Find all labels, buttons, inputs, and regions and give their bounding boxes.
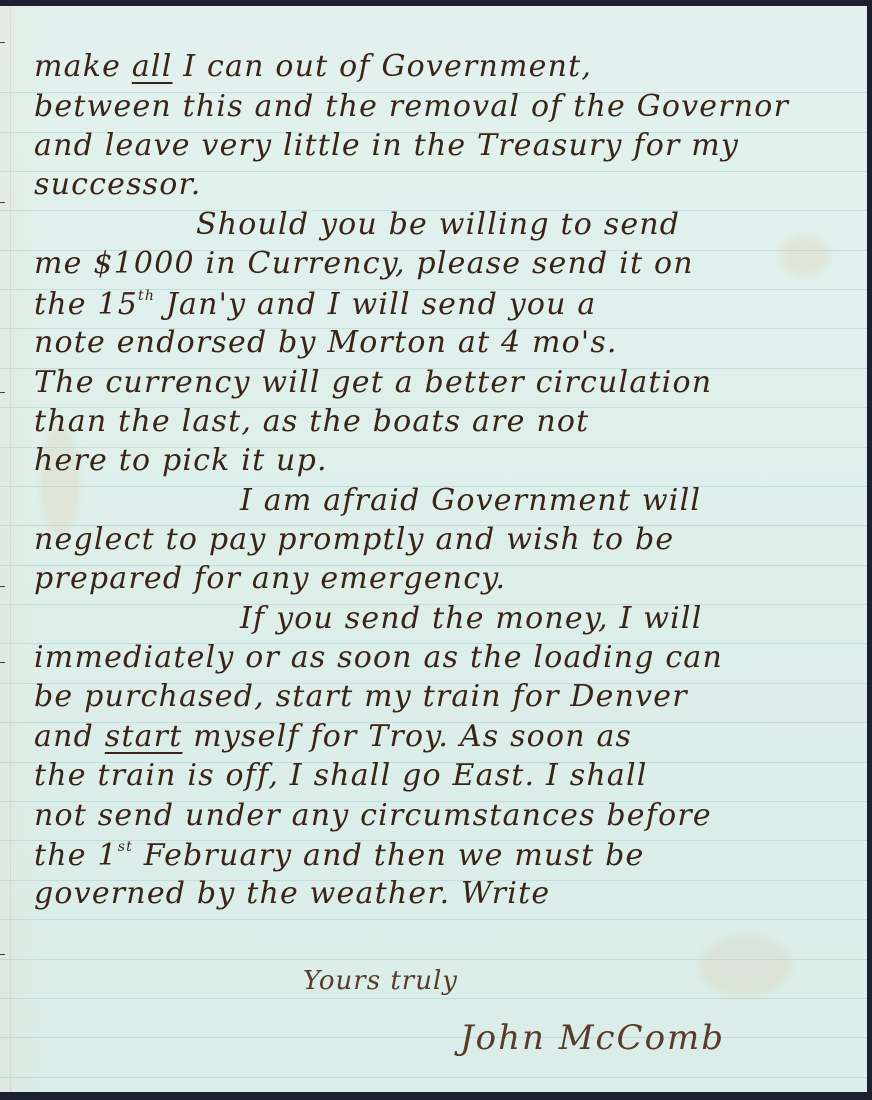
- letter-page: make all I can out of Government, betwee…: [0, 6, 867, 1092]
- margin-tick: [0, 586, 5, 587]
- signature: John McComb: [460, 1018, 725, 1058]
- margin-tick: [0, 662, 5, 663]
- letter-line: and leave very little in the Treasury fo…: [34, 131, 739, 161]
- letter-line: immediately or as soon as the loading ca…: [34, 643, 723, 673]
- paper-stain: [780, 236, 830, 276]
- closing-salutation: Yours truly: [303, 966, 458, 996]
- letter-line: prepared for any emergency.: [34, 564, 506, 594]
- margin-tick: [0, 954, 5, 955]
- letter-line: between this and the removal of the Gove…: [34, 92, 789, 122]
- letter-line: the 1st February and then we must be: [34, 840, 644, 871]
- paper-fold-line: [10, 6, 11, 1092]
- ruled-line: [0, 1037, 867, 1038]
- letter-line: The currency will get a better circulati…: [34, 368, 712, 398]
- letter-line: successor.: [34, 170, 202, 200]
- margin-tick: [0, 392, 5, 393]
- letter-line: the 15th Jan'y and I will send you a: [34, 289, 597, 320]
- letter-line: make all I can out of Government,: [34, 52, 592, 82]
- underlined-word: all: [132, 49, 173, 84]
- letter-line: neglect to pay promptly and wish to be: [34, 525, 674, 555]
- letter-line: If you send the money, I will: [240, 604, 703, 634]
- margin-tick: [0, 42, 5, 43]
- letter-line: me $1000 in Currency, please send it on: [34, 249, 694, 279]
- letter-line: the train is off, I shall go East. I sha…: [34, 761, 648, 791]
- letter-line: I am afraid Government will: [240, 486, 701, 516]
- letter-line: than the last, as the boats are not: [34, 407, 589, 437]
- letter-line: not send under any circumstances before: [34, 801, 712, 831]
- margin-tick: [0, 202, 5, 203]
- ruled-line: [0, 919, 867, 920]
- underlined-word: start: [105, 719, 183, 754]
- ruled-line: [0, 998, 867, 999]
- ruled-line: [0, 1077, 867, 1078]
- scan-frame-bottom: [0, 1092, 872, 1100]
- paper-stain: [700, 936, 790, 996]
- letter-line: Should you be willing to send: [196, 210, 680, 240]
- scan-frame-right: [867, 0, 872, 1100]
- letter-line: governed by the weather. Write: [34, 879, 550, 909]
- letter-line: and start myself for Troy. As soon as: [34, 722, 632, 752]
- letter-line: here to pick it up.: [34, 446, 328, 476]
- letter-line: note endorsed by Morton at 4 mo's.: [34, 328, 618, 358]
- letter-line: be purchased, start my train for Denver: [34, 682, 688, 712]
